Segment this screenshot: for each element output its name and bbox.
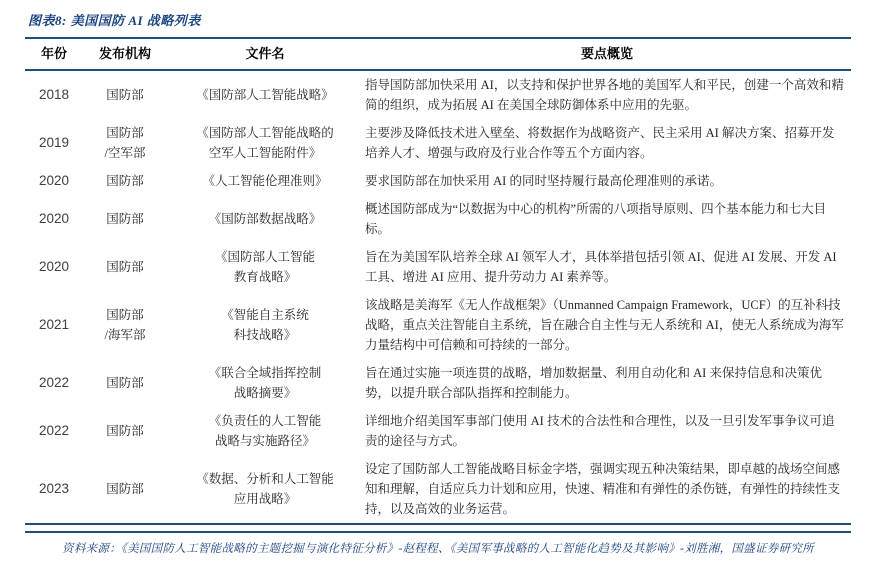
year-cell: 2023 xyxy=(25,479,83,499)
doc-cell: 《国防部人工智能 教育战略》 xyxy=(167,247,363,287)
table-row: 2020 国防部 《人工智能伦理准则》 要求国防部在加快采用 AI 的同时坚持履… xyxy=(25,167,851,195)
summary-cell: 旨在为美国军队培养全球 AI 领军人才，具体举措包括引领 AI、促进 AI 发展… xyxy=(363,247,851,287)
table-row: 2020 国防部 《国防部数据战略》 概述国防部成为“以数据为中心的机构”所需的… xyxy=(25,195,851,243)
doc-cell: 《联合全域指挥控制 战略摘要》 xyxy=(167,363,363,403)
org-cell: 国防部 xyxy=(83,479,167,499)
year-cell: 2019 xyxy=(25,133,83,153)
org-cell: 国防部 xyxy=(83,209,167,229)
table-row: 2022 国防部 《联合全域指挥控制 战略摘要》 旨在通过实施一项连贯的战略，增… xyxy=(25,359,851,407)
year-cell: 2020 xyxy=(25,257,83,277)
summary-cell: 指导国防部加快采用 AI，以支持和保护世界各地的美国军人和平民，创建一个高效和精… xyxy=(363,75,851,115)
summary-cell: 该战略是美海军《无人作战框架》（Unmanned Campaign Framew… xyxy=(363,295,851,355)
summary-cell: 旨在通过实施一项连贯的战略，增加数据量、利用自动化和 AI 来保持信息和决策优势… xyxy=(363,363,851,403)
doc-cell: 《国防部数据战略》 xyxy=(167,209,363,229)
table-row: 2023 国防部 《数据、分析和人工智能 应用战略》 设定了国防部人工智能战略目… xyxy=(25,455,851,523)
table-row: 2021 国防部 /海军部 《智能自主系统 科技战略》 该战略是美海军《无人作战… xyxy=(25,291,851,359)
doc-cell: 《数据、分析和人工智能 应用战略》 xyxy=(167,469,363,509)
header-year: 年份 xyxy=(25,44,83,64)
org-cell: 国防部 xyxy=(83,373,167,393)
org-cell: 国防部 xyxy=(83,171,167,191)
org-cell: 国防部 xyxy=(83,257,167,277)
summary-cell: 设定了国防部人工智能战略目标金字塔，强调实现五种决策结果，即卓越的战场空间感知和… xyxy=(363,459,851,519)
summary-cell: 要求国防部在加快采用 AI 的同时坚持履行最高伦理准则的承诺。 xyxy=(363,171,851,191)
table-row: 2022 国防部 《负责任的人工智能 战略与实施路径》 详细地介绍美国军事部门使… xyxy=(25,407,851,455)
org-cell: 国防部 xyxy=(83,85,167,105)
table-row: 2020 国防部 《国防部人工智能 教育战略》 旨在为美国军队培养全球 AI 领… xyxy=(25,243,851,291)
doc-cell: 《国防部人工智能战略》 xyxy=(167,85,363,105)
org-cell: 国防部 /空军部 xyxy=(83,123,167,163)
org-cell: 国防部 /海军部 xyxy=(83,305,167,345)
year-cell: 2022 xyxy=(25,421,83,441)
summary-cell: 主要涉及降低技术进入壁垒、将数据作为战略资产、民主采用 AI 解决方案、招募开发… xyxy=(363,123,851,163)
doc-cell: 《负责任的人工智能 战略与实施路径》 xyxy=(167,411,363,451)
doc-cell: 《人工智能伦理准则》 xyxy=(167,171,363,191)
table-row: 2018 国防部 《国防部人工智能战略》 指导国防部加快采用 AI，以支持和保护… xyxy=(25,71,851,119)
year-cell: 2020 xyxy=(25,209,83,229)
table-header-row: 年份 发布机构 文件名 要点概览 xyxy=(25,39,851,71)
header-org: 发布机构 xyxy=(83,44,167,64)
header-doc: 文件名 xyxy=(167,44,363,64)
year-cell: 2018 xyxy=(25,85,83,105)
source-note: 资料来源：《美国国防人工智能战略的主题挖掘与演化特征分析》-赵程程、《美国军事战… xyxy=(25,531,851,556)
doc-cell: 《国防部人工智能战略的 空军人工智能附件》 xyxy=(167,123,363,163)
year-cell: 2022 xyxy=(25,373,83,393)
table-row: 2019 国防部 /空军部 《国防部人工智能战略的 空军人工智能附件》 主要涉及… xyxy=(25,119,851,167)
summary-cell: 详细地介绍美国军事部门使用 AI 技术的合法性和合理性，以及一旦引发军事争议可追… xyxy=(363,411,851,451)
year-cell: 2020 xyxy=(25,171,83,191)
figure-title: 图表8: 美国国防 AI 战略列表 xyxy=(28,10,851,29)
summary-cell: 概述国防部成为“以数据为中心的机构”所需的八项指导原则、四个基本能力和七大目标。 xyxy=(363,199,851,239)
doc-cell: 《智能自主系统 科技战略》 xyxy=(167,305,363,345)
org-cell: 国防部 xyxy=(83,421,167,441)
strategy-table: 年份 发布机构 文件名 要点概览 2018 国防部 《国防部人工智能战略》 指导… xyxy=(25,37,851,525)
report-figure-page: 图表8: 美国国防 AI 战略列表 年份 发布机构 文件名 要点概览 2018 … xyxy=(0,0,873,579)
year-cell: 2021 xyxy=(25,315,83,335)
header-summary: 要点概览 xyxy=(363,44,851,64)
